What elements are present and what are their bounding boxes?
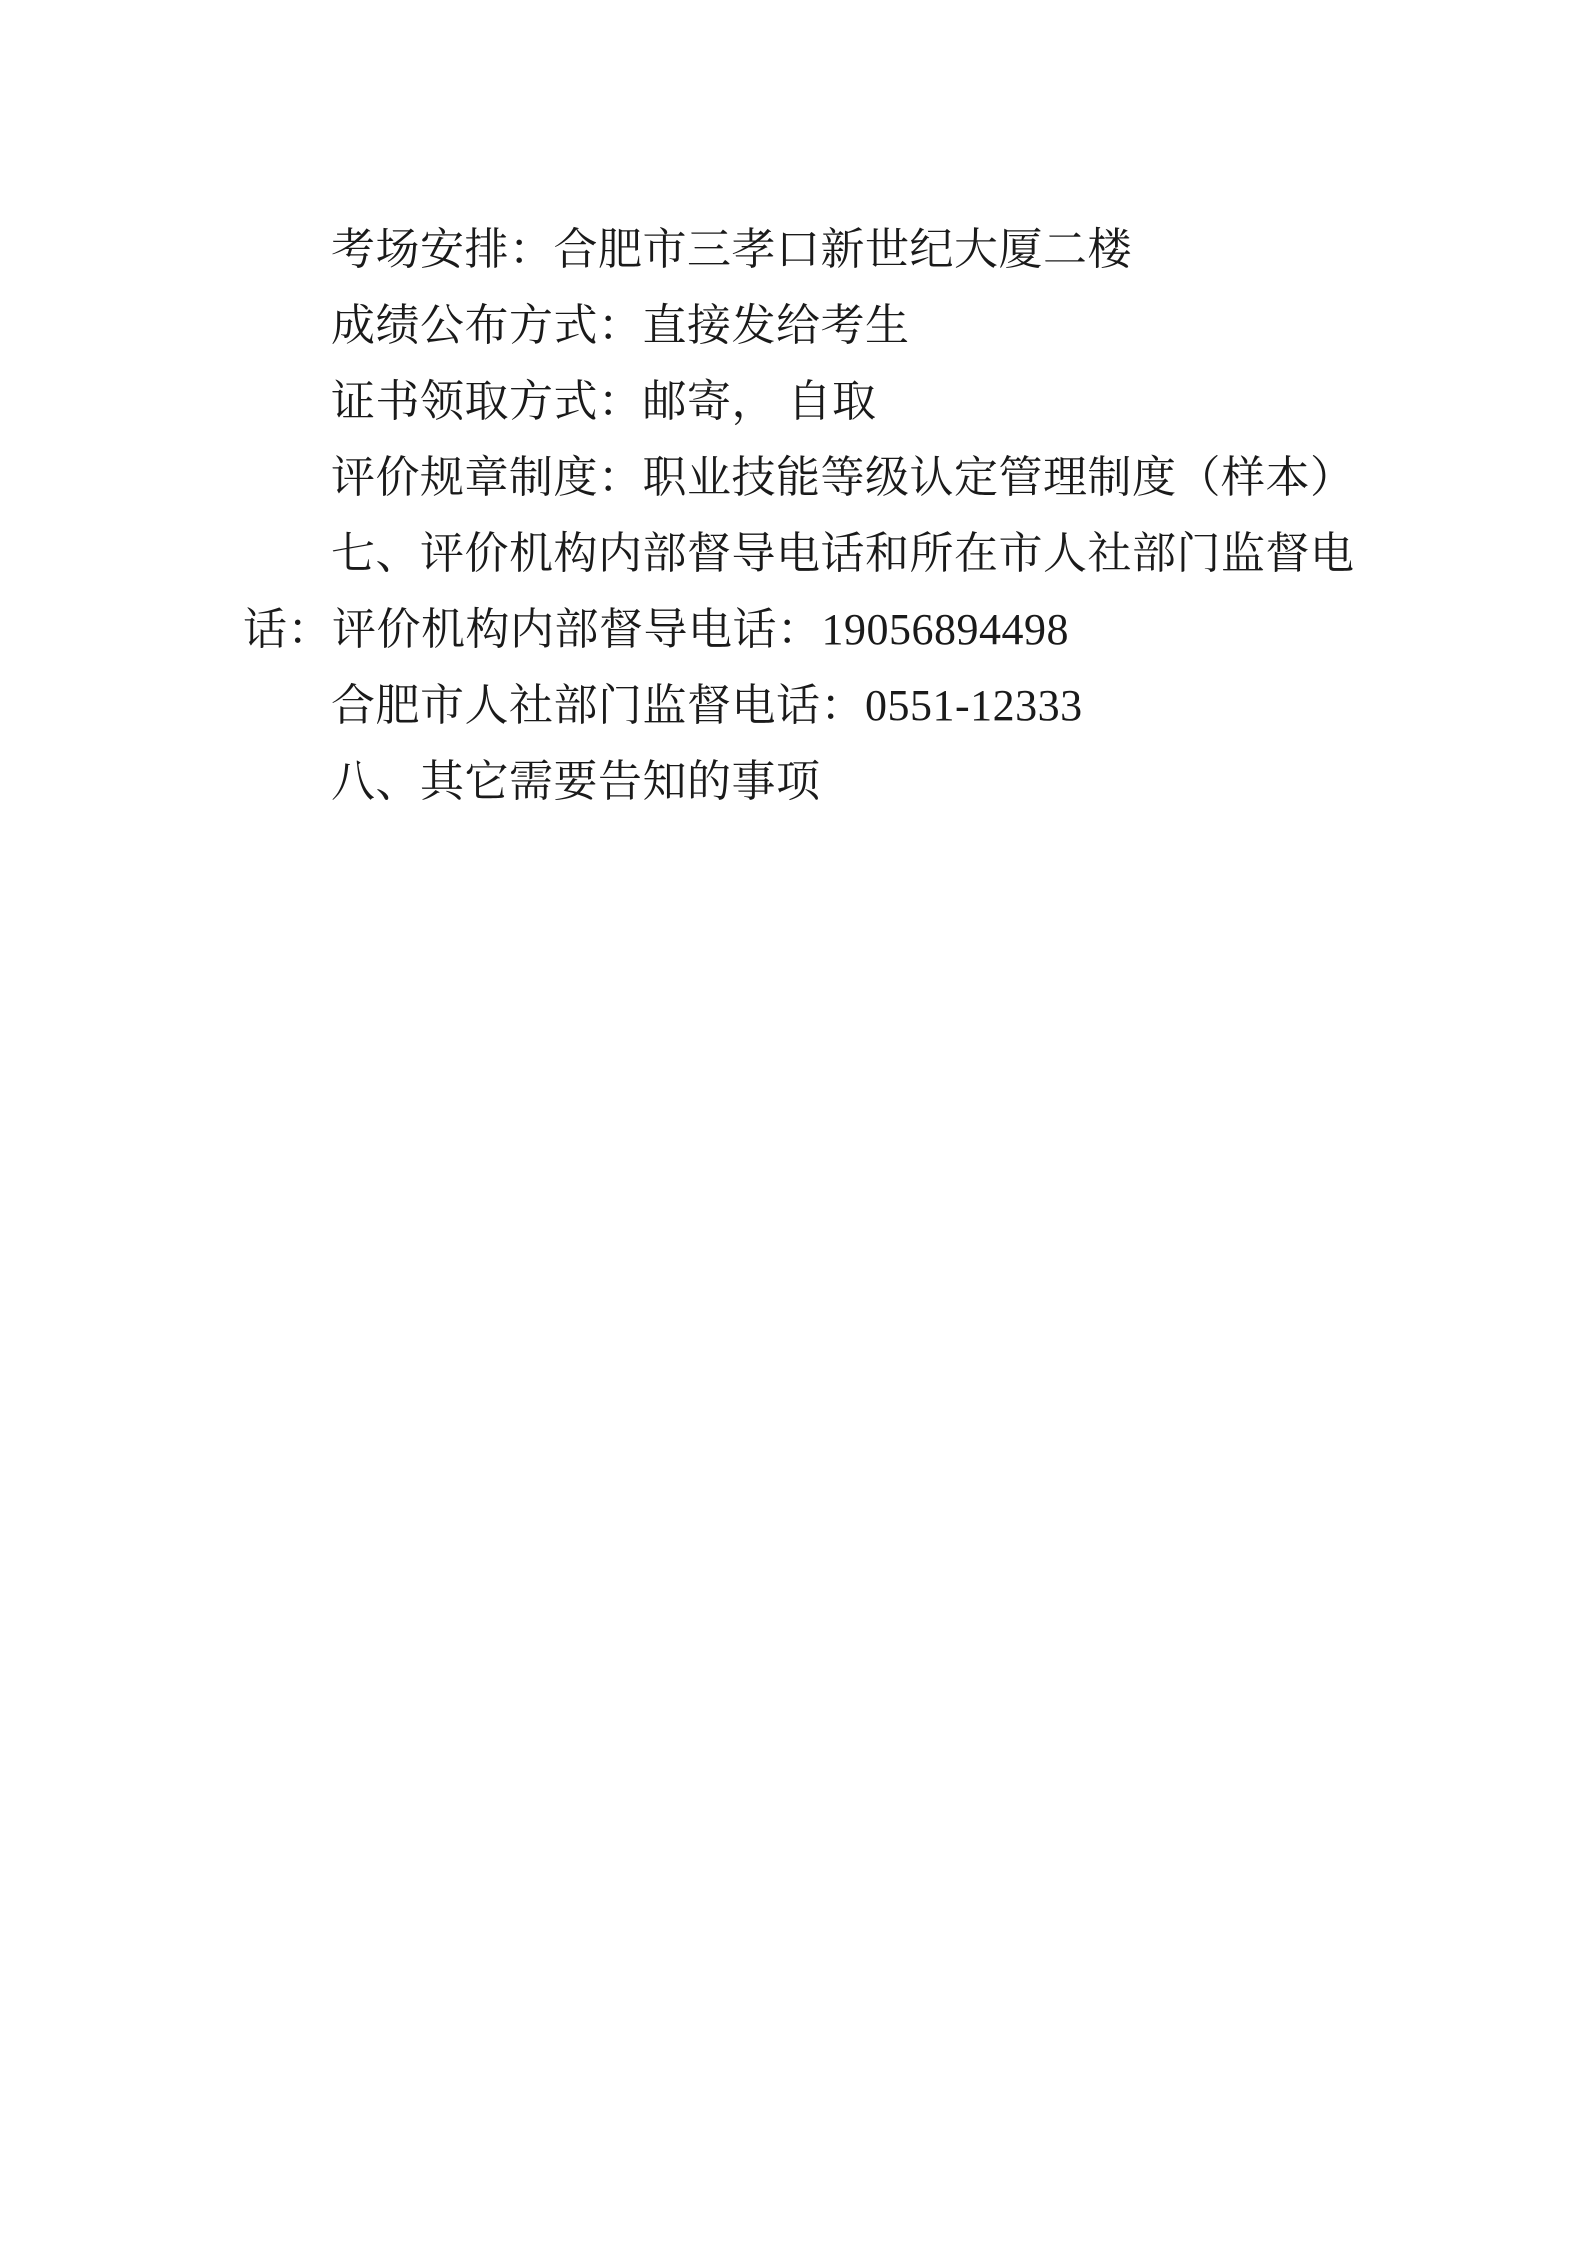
text-line: 考场安排：合肥市三孝口新世纪大厦二楼 bbox=[243, 212, 1355, 288]
text-line: 话：评价机构内部督导电话：19056894498 bbox=[243, 592, 1355, 668]
document-page: 考场安排：合肥市三孝口新世纪大厦二楼成绩公布方式：直接发给考生证书领取方式：邮寄… bbox=[0, 0, 1587, 2245]
document-text-block: 考场安排：合肥市三孝口新世纪大厦二楼成绩公布方式：直接发给考生证书领取方式：邮寄… bbox=[243, 212, 1355, 820]
text-line: 合肥市人社部门监督电话：0551-12333 bbox=[243, 668, 1355, 744]
text-line: 成绩公布方式：直接发给考生 bbox=[243, 288, 1355, 364]
text-line: 七、评价机构内部督导电话和所在市人社部门监督电 bbox=[243, 516, 1355, 592]
text-line: 证书领取方式：邮寄， 自取 bbox=[243, 364, 1355, 440]
text-line: 评价规章制度：职业技能等级认定管理制度（样本） bbox=[243, 440, 1355, 516]
text-line: 八、其它需要告知的事项 bbox=[243, 744, 1355, 820]
